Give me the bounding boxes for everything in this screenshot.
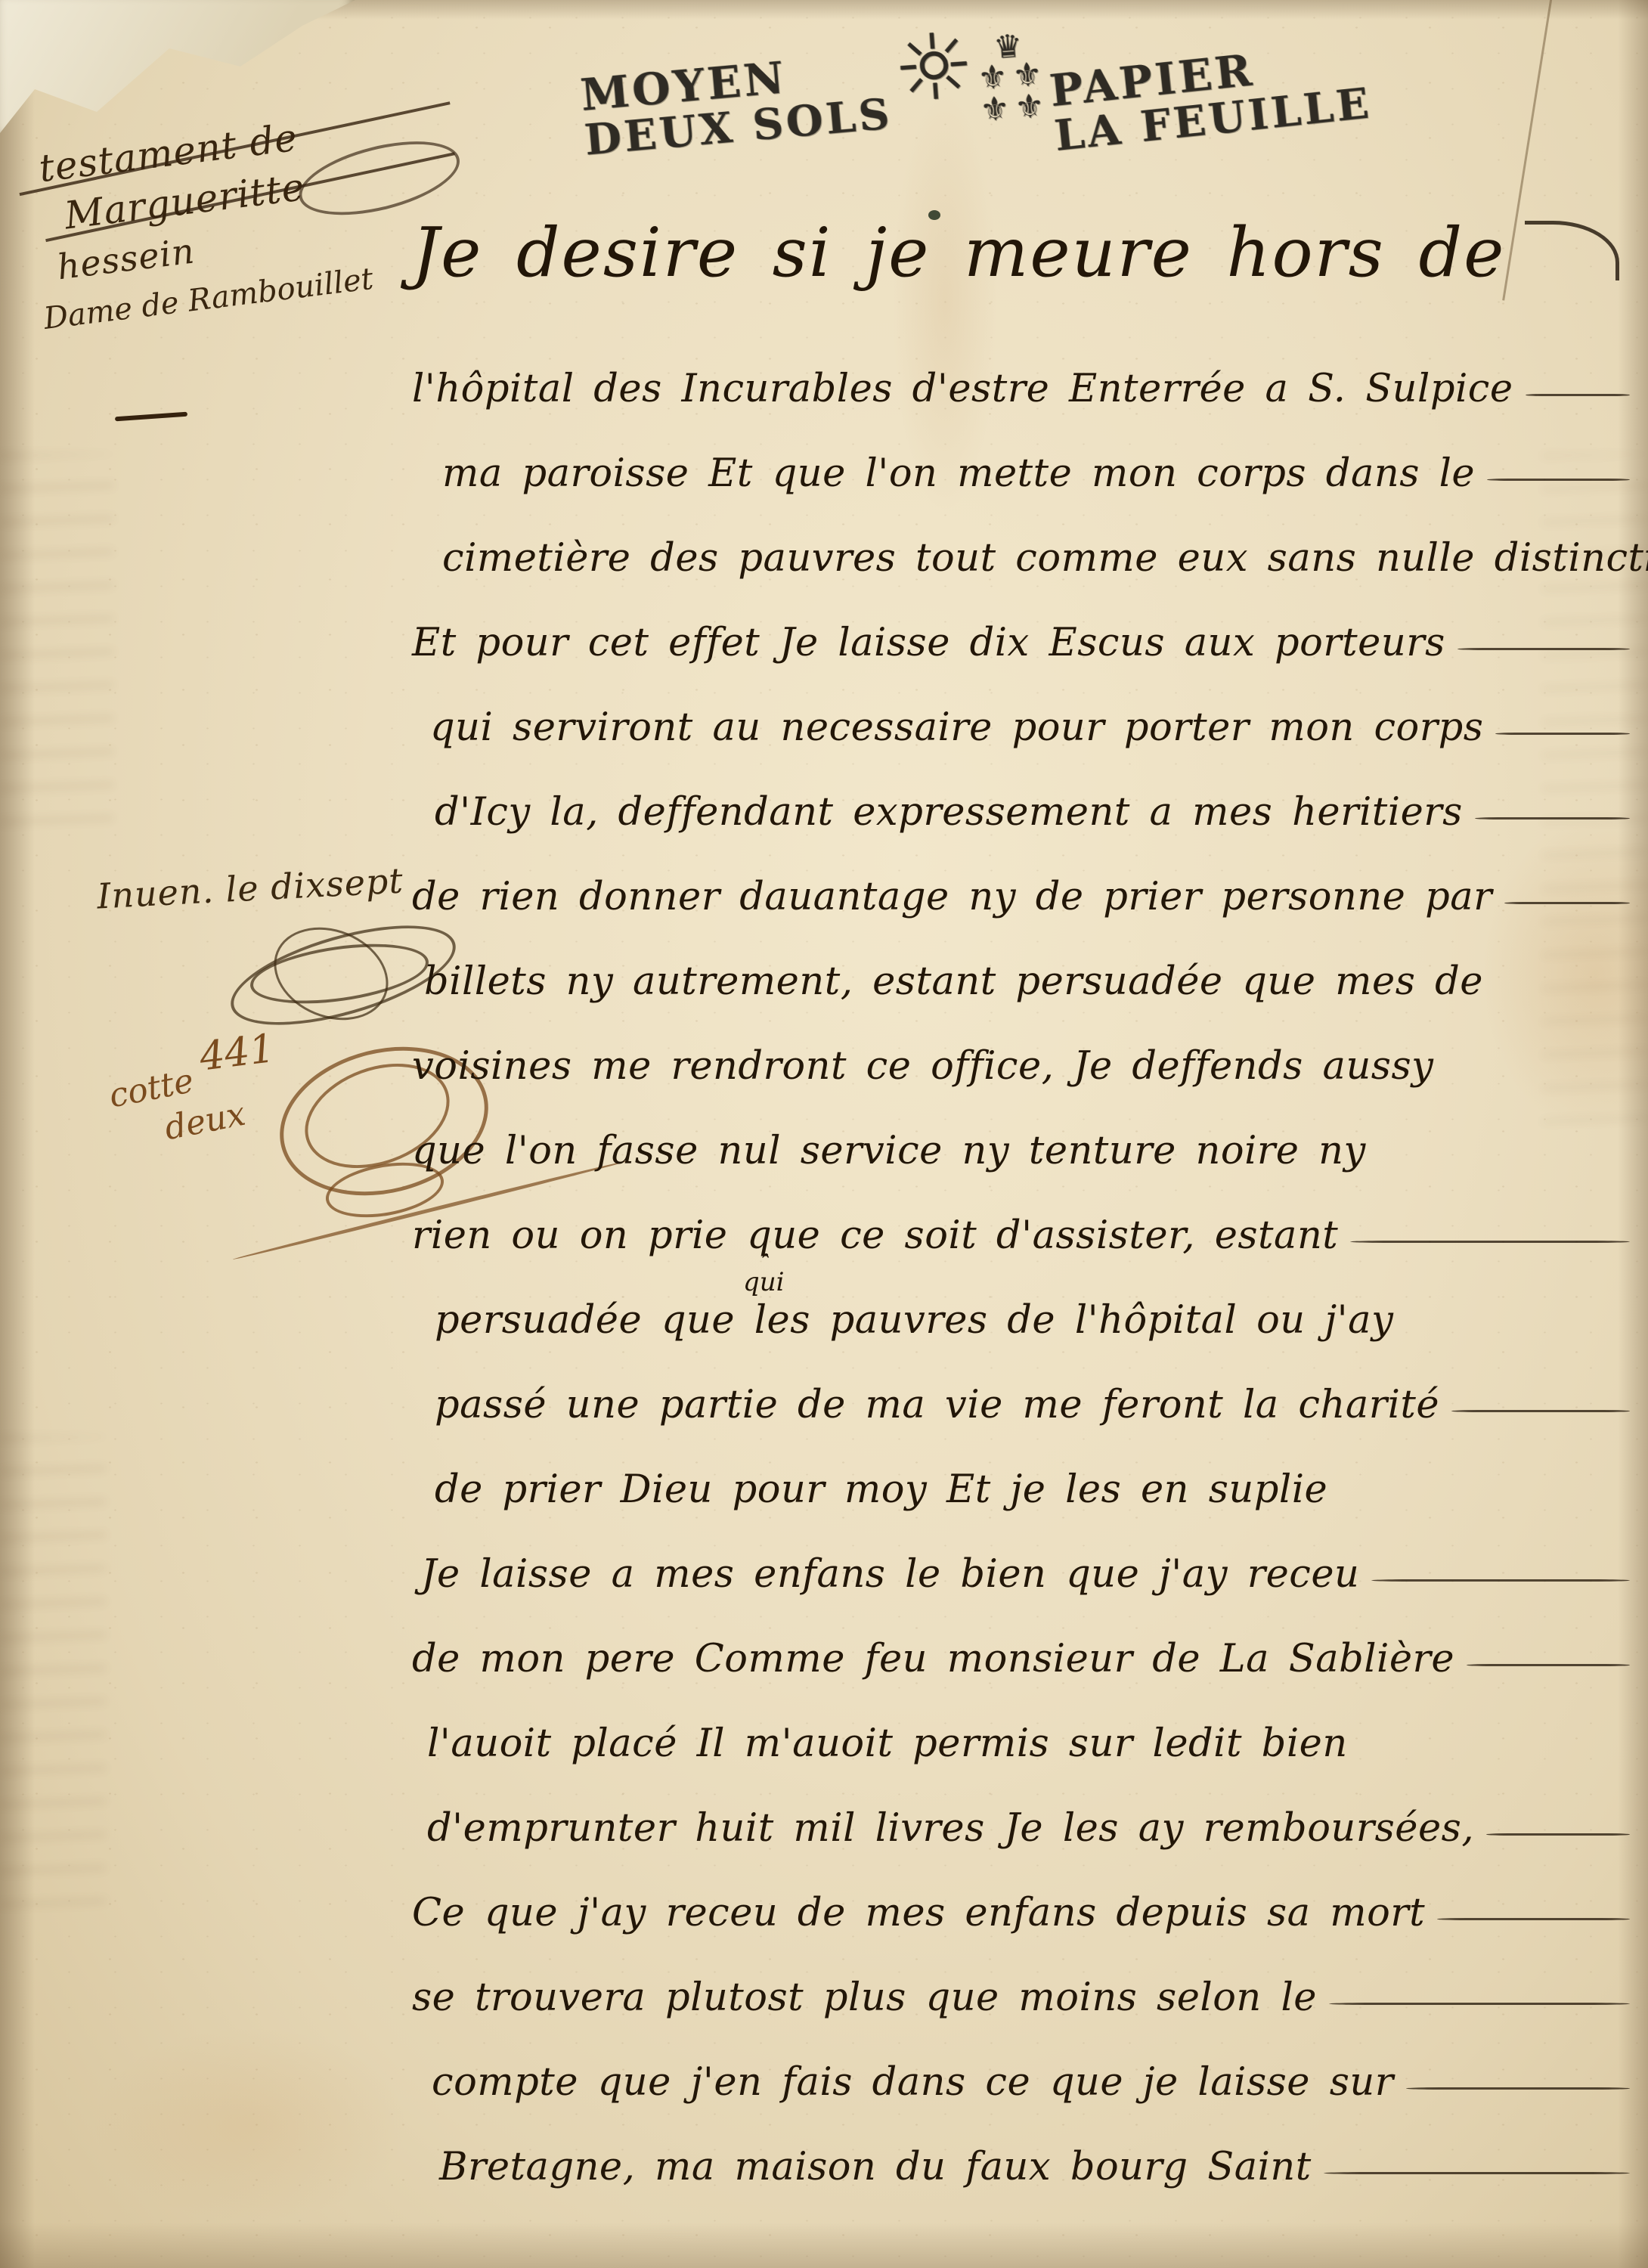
paper-stain [91, 2026, 408, 2223]
line-filler-stroke [1329, 2003, 1630, 2005]
line-filler-stroke [1350, 1241, 1630, 1243]
body-line: ma paroisse Et que l'on mette mon corps … [442, 411, 1633, 496]
body-line: persuadée que les pauvres de l'hôpital o… [435, 1258, 1633, 1343]
margin-dash [115, 412, 187, 422]
line-filler-stroke [1437, 1918, 1630, 1920]
body-line: Et pour cet effet Je laisse dix Escus au… [412, 581, 1633, 665]
margin-note-title: testament deMarguerittehesseinDame de Ra… [36, 96, 451, 342]
stamp-ornament: ☼ ♛ ⚜ ⚜ ⚜ ⚜ [891, 24, 1048, 133]
body-line: billets ny autrement, estant persuadée q… [424, 919, 1633, 1004]
body-line: Bretagne, ma maison du faux bourg Saint [439, 2105, 1633, 2189]
body-lines: l'hôpital des Incurables d'estre Enterré… [412, 327, 1633, 2189]
body-line: Je laisse a mes enfans le bien que j'ay … [421, 1512, 1633, 1597]
line-filler-stroke [1324, 2172, 1630, 2174]
tax-stamp: MOYEN DEUX SOLS ☼ ♛ ⚜ ⚜ ⚜ ⚜ PAPIER LA FE… [578, 2, 1372, 187]
sun-icon: ☼ [891, 24, 977, 113]
line-filler-stroke [1467, 1664, 1630, 1666]
stamp-left-text: MOYEN DEUX SOLS [579, 46, 894, 164]
body-line: d'emprunter huit mil livres Je les ay re… [427, 1766, 1633, 1851]
line-filler-stroke [1487, 479, 1630, 481]
cote-number: 441 [197, 1027, 277, 1079]
body-line: qui serviront au necessaire pour porter … [430, 665, 1633, 750]
opening-line: Je desire si je meure hors de [412, 213, 1633, 327]
fleur-de-lis-icon: ⚜ [1014, 91, 1045, 125]
line-filler-stroke [1504, 902, 1630, 904]
line-filler-stroke [1451, 1410, 1630, 1412]
body-line: rien ou on prie que ce soit d'assister, … [412, 1173, 1633, 1258]
body-line: de rien donner dauantage ny de prier per… [412, 835, 1633, 919]
body-line: Ce que j'ay receu de mes enfans depuis s… [412, 1851, 1633, 1935]
line-filler-stroke [1371, 1579, 1630, 1582]
line-filler-stroke [1495, 733, 1630, 735]
manuscript-page: MOYEN DEUX SOLS ☼ ♛ ⚜ ⚜ ⚜ ⚜ PAPIER LA FE… [0, 0, 1648, 2268]
body-line: se trouvera plutost plus que moins selon… [412, 1935, 1633, 2020]
body-line: l'auoit placé Il m'auoit permis sur ledi… [427, 1681, 1633, 1766]
margin-note-inventory: Inuen. le dixsept [96, 860, 404, 916]
line-filler-stroke [1486, 1833, 1630, 1836]
body-line: de prier Dieu pour moy Et je les en supl… [435, 1427, 1633, 1512]
ink-bleedthrough [0, 454, 113, 847]
line-filler-stroke [1526, 394, 1630, 396]
ink-bleedthrough [0, 1436, 106, 1920]
stamp-right-text: PAPIER LA FEUILLE [1048, 36, 1374, 160]
body-line: voisines me rendront ce office, Je deffe… [412, 1004, 1633, 1089]
testament-body: Je desire si je meure hors de l'hôpital … [412, 213, 1633, 2189]
line-filler-stroke [1457, 648, 1630, 650]
body-line: que l'on fasse nul service ny tenture no… [412, 1089, 1633, 1173]
body-line: d'Icy la, deffendant expressement a mes … [435, 750, 1633, 835]
fleur-de-lis-icon: ⚜ [979, 93, 1011, 127]
line-filler-stroke [1475, 817, 1630, 820]
margin-note-cote: cotte441 deux [105, 1042, 290, 1160]
body-line: l'hôpital des Incurables d'estre Enterré… [412, 327, 1633, 411]
line-filler-stroke [1406, 2087, 1630, 2090]
body-line: passé une partie de ma vie me feront la … [435, 1343, 1633, 1427]
body-line: cimetière des pauvres tout comme eux san… [442, 496, 1633, 581]
interline-insertion: qui [743, 1263, 785, 1297]
stamp-crest-icon: ♛ ⚜ ⚜ ⚜ ⚜ [972, 30, 1048, 127]
body-line: compte que j'en fais dans ce que je lais… [432, 2020, 1633, 2105]
body-line: de mon pere Comme feu monsieur de La Sab… [412, 1597, 1633, 1681]
